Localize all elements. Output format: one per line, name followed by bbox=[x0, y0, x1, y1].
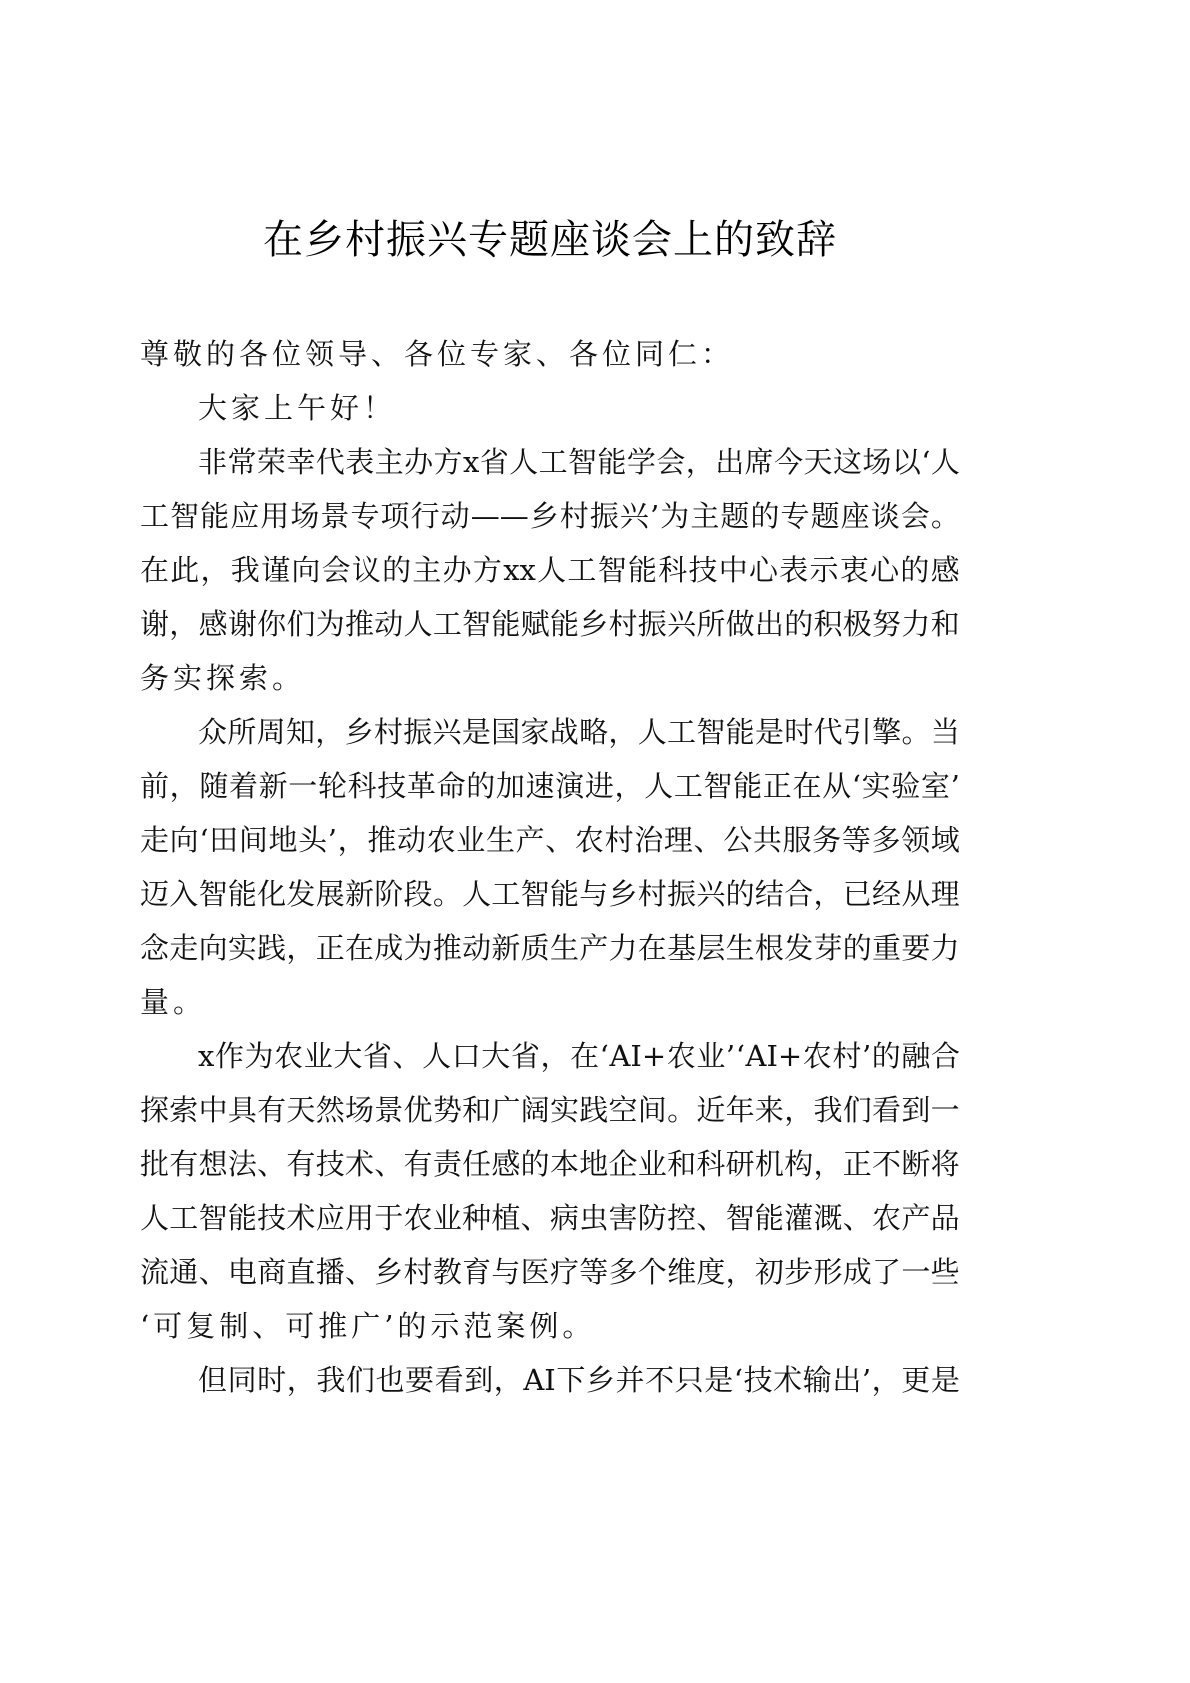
paragraph-2-line: 量。 bbox=[140, 975, 960, 1029]
paragraph-1-line: 非常荣幸代表主办方x省人工智能学会，出席今天这场以‘人 bbox=[140, 435, 960, 489]
salutation-line: 尊敬的各位领导、各位专家、各位同仁： bbox=[140, 327, 960, 381]
paragraph-1-line: 在此，我谨向会议的主办方xx人工智能科技中心表示衷心的感 bbox=[140, 543, 960, 597]
paragraph-3-line: ‘可复制、可推广’的示范案例。 bbox=[140, 1299, 960, 1353]
paragraph-3-line: 流通、电商直播、乡村教育与医疗等多个维度，初步形成了一些 bbox=[140, 1245, 960, 1299]
paragraph-2-line: 迈入智能化发展新阶段。人工智能与乡村振兴的结合，已经从理 bbox=[140, 867, 960, 921]
paragraph-1-line: 谢，感谢你们为推动人工智能赋能乡村振兴所做出的积极努力和 bbox=[140, 597, 960, 651]
document-title: 在乡村振兴专题座谈会上的致辞 bbox=[0, 212, 1100, 268]
paragraph-3-line: x作为农业大省、人口大省，在‘AI+农业’‘AI+农村’的融合 bbox=[140, 1029, 960, 1083]
greeting-line: 大家上午好！ bbox=[140, 381, 960, 435]
paragraph-1-line: 务实探索。 bbox=[140, 651, 960, 705]
paragraph-3-line: 人工智能技术应用于农业种植、病虫害防控、智能灌溉、农产品 bbox=[140, 1191, 960, 1245]
paragraph-3-line: 批有想法、有技术、有责任感的本地企业和科研机构，正不断将 bbox=[140, 1137, 960, 1191]
paragraph-3-line: 探索中具有天然场景优势和广阔实践空间。近年来，我们看到一 bbox=[140, 1083, 960, 1137]
paragraph-2-line: 前，随着新一轮科技革命的加速演进，人工智能正在从‘实验室’ bbox=[140, 759, 960, 813]
paragraph-4-line: 但同时，我们也要看到，AI下乡并不只是‘技术输出’，更是 bbox=[140, 1353, 960, 1407]
paragraph-2-line: 走向‘田间地头’，推动农业生产、农村治理、公共服务等多领域 bbox=[140, 813, 960, 867]
document-page: 在乡村振兴专题座谈会上的致辞 尊敬的各位领导、各位专家、各位同仁： 大家上午好！… bbox=[0, 0, 1190, 1683]
paragraph-2-line: 念走向实践，正在成为推动新质生产力在基层生根发芽的重要力 bbox=[140, 921, 960, 975]
document-body: 尊敬的各位领导、各位专家、各位同仁： 大家上午好！ 非常荣幸代表主办方x省人工智… bbox=[140, 327, 960, 1407]
paragraph-1-line: 工智能应用场景专项行动——乡村振兴’为主题的专题座谈会。 bbox=[140, 489, 960, 543]
paragraph-2-line: 众所周知，乡村振兴是国家战略，人工智能是时代引擎。当 bbox=[140, 705, 960, 759]
